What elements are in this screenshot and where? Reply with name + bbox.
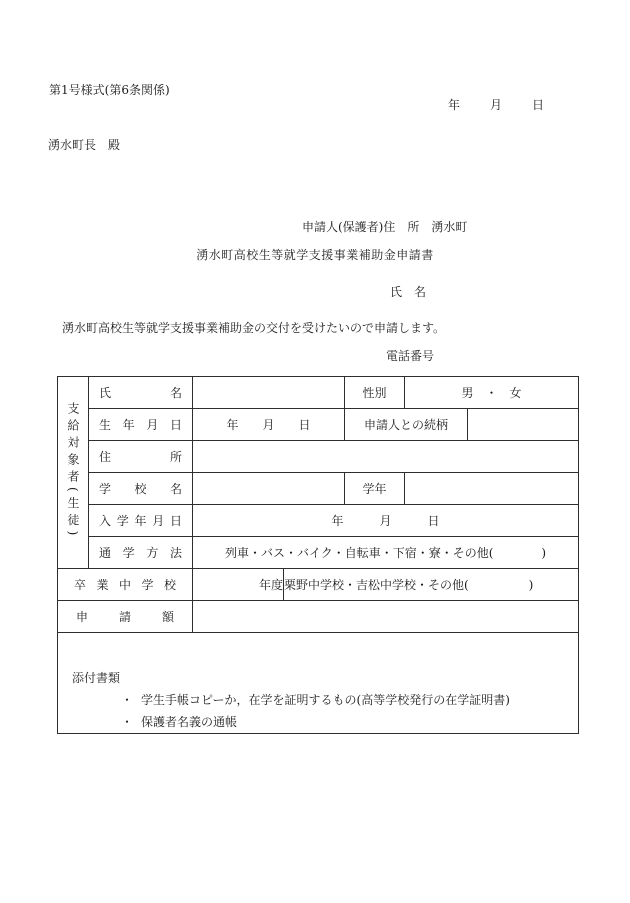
- relation-input-cell: [468, 409, 579, 441]
- table-row: 卒業中学校 年度 栗野中学校・吉松中学校・その他( ): [58, 569, 579, 601]
- table-row: 支給対象者(生徒) 氏名 性別 男 ・ 女: [58, 377, 579, 409]
- school-label: 学校名: [89, 480, 192, 497]
- address-input-cell: [193, 441, 579, 473]
- grade-label-cell: 学年: [345, 473, 405, 505]
- admission-label-cell: 入学年月日: [89, 505, 193, 537]
- commute-label-cell: 通学方法: [89, 537, 193, 569]
- attachment-item: ・学生手帳コピーか，在学を証明するもの(高等学校発行の在学証明書): [121, 689, 570, 711]
- recipient-group-cell: 支給対象者(生徒): [58, 377, 89, 569]
- applicant-block: 申請人(保護者)住 所 湧水町 氏 名 電話番号: [302, 174, 467, 389]
- table-row: 住所: [58, 441, 579, 473]
- attachments-cell: 添付書類 ・学生手帳コピーか，在学を証明するもの(高等学校発行の在学証明書) ・…: [58, 633, 579, 734]
- addressee: 湧水町長 殿: [48, 136, 120, 153]
- relation-label-cell: 申請人との続柄: [345, 409, 468, 441]
- bullet-icon: ・: [121, 689, 141, 711]
- table-row: 生年月日 年 月 日 申請人との続柄: [58, 409, 579, 441]
- applicant-name-line: 氏 名: [302, 282, 467, 304]
- applicant-phone-line: 電話番号: [302, 346, 467, 368]
- commute-options-cell: 列車・バス・バイク・自転車・下宿・寮・その他( ): [193, 537, 579, 569]
- sex-options-cell: 男 ・ 女: [405, 377, 579, 409]
- birthdate-input-cell: 年 月 日: [193, 409, 345, 441]
- applicant-address-line: 申請人(保護者)住 所 湧水町: [302, 217, 467, 239]
- table-row: 入学年月日 年 月 日: [58, 505, 579, 537]
- name-input-cell: [193, 377, 345, 409]
- commute-label: 通学方法: [89, 544, 192, 561]
- sex-label: 性別: [362, 386, 386, 400]
- junior-high-label: 卒業中学校: [58, 576, 192, 593]
- relation-label: 申請人との続柄: [364, 418, 448, 432]
- recipient-group-label: 支給対象者(生徒): [67, 402, 79, 540]
- attachment-item-text: 保護者名義の通帳: [141, 715, 237, 729]
- name-label: 氏名: [89, 384, 192, 401]
- school-input-cell: [193, 473, 345, 505]
- attachment-item-text: 学生手帳コピーか，在学を証明するもの(高等学校発行の在学証明書): [141, 693, 510, 707]
- grade-input-cell: [405, 473, 579, 505]
- bullet-icon: ・: [121, 711, 141, 733]
- form-title: 湧水町高校生等就学支援事業補助金申請書: [0, 246, 630, 263]
- school-label-cell: 学校名: [89, 473, 193, 505]
- sex-options: 男 ・ 女: [462, 386, 522, 400]
- form-number: 第1号様式(第6条関係): [49, 81, 170, 98]
- admission-label: 入学年月日: [89, 512, 192, 529]
- amount-label-cell: 申請額: [58, 601, 193, 633]
- table-row: 通学方法 列車・バス・バイク・自転車・下宿・寮・その他( ): [58, 537, 579, 569]
- admission-input-cell: 年 月 日: [193, 505, 579, 537]
- attachment-item: ・保護者名義の通帳: [121, 711, 570, 733]
- birthdate-placeholder: 年 月 日: [226, 418, 310, 432]
- address-label-cell: 住所: [89, 441, 193, 473]
- grade-label: 学年: [362, 482, 386, 496]
- commute-options: 列車・バス・バイク・自転車・下宿・寮・その他( ): [225, 546, 546, 560]
- date-line: 年 月 日: [448, 96, 546, 113]
- address-label: 住所: [89, 448, 192, 465]
- amount-input-cell: [193, 601, 579, 633]
- amount-label: 申請額: [58, 608, 192, 625]
- attachments-list: ・学生手帳コピーか，在学を証明するもの(高等学校発行の在学証明書) ・保護者名義…: [72, 689, 570, 733]
- admission-placeholder: 年 月 日: [332, 514, 440, 528]
- birthdate-label: 生年月日: [89, 416, 192, 433]
- junior-high-label-cell: 卒業中学校: [58, 569, 193, 601]
- junior-high-year-cell: 年度: [193, 569, 284, 601]
- sex-label-cell: 性別: [345, 377, 405, 409]
- document-page: { "page": { "form_number": "第1号様式(第6条関係)…: [0, 0, 630, 903]
- application-table: 支給対象者(生徒) 氏名 性別 男 ・ 女 生年月日 年 月 日 申請人との続柄…: [57, 376, 579, 734]
- table-row: 添付書類 ・学生手帳コピーか，在学を証明するもの(高等学校発行の在学証明書) ・…: [58, 633, 579, 734]
- table-row: 申請額: [58, 601, 579, 633]
- attachments-heading: 添付書類: [72, 667, 570, 689]
- junior-high-options-cell: 栗野中学校・吉松中学校・その他( ): [284, 569, 579, 601]
- table-row: 学校名 学年: [58, 473, 579, 505]
- junior-high-year-label: 年度: [259, 578, 283, 592]
- junior-high-options: 栗野中学校・吉松中学校・その他( ): [284, 578, 533, 592]
- name-label-cell: 氏名: [89, 377, 193, 409]
- birthdate-label-cell: 生年月日: [89, 409, 193, 441]
- body-text: 湧水町高校生等就学支援事業補助金の交付を受けたいので申請します。: [62, 319, 445, 336]
